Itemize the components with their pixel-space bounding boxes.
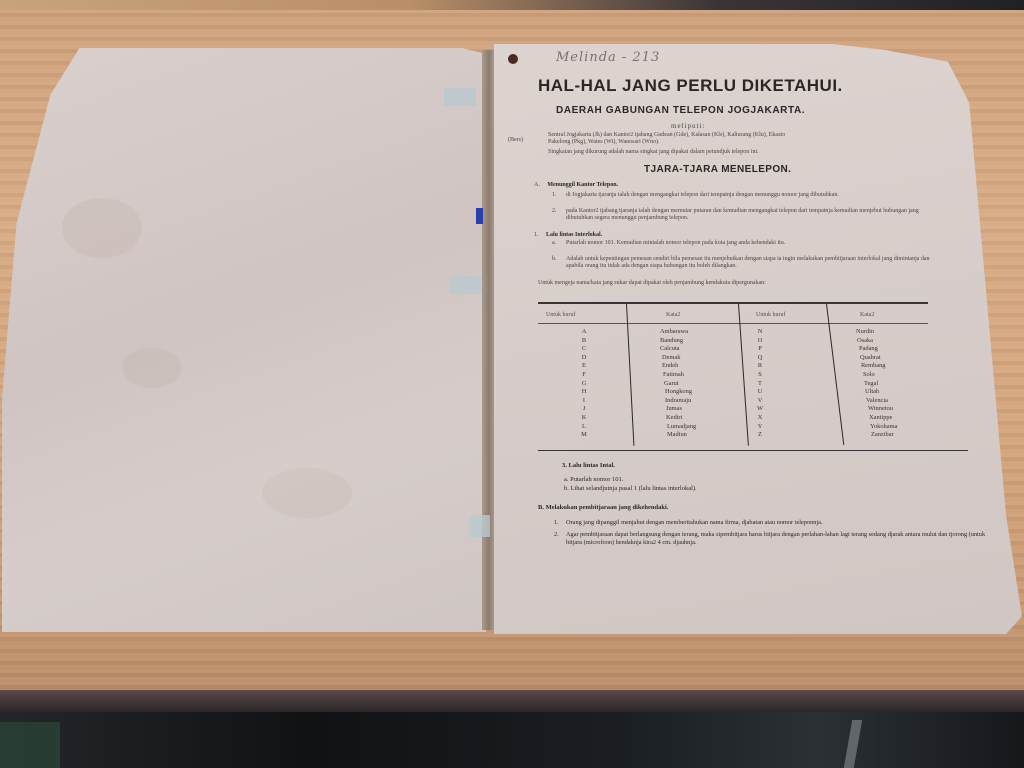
letter: K [574, 414, 594, 423]
word: Calcuta [660, 345, 696, 354]
word: Ambarawa [660, 328, 696, 337]
word: Endeh [660, 362, 696, 371]
spelling-note: Untuk mengeja nama/kata jang sukar dapat… [538, 280, 938, 287]
table-bottom-rule [538, 450, 968, 451]
section-1: 1. Lalu lintas Interlokal. [534, 232, 944, 239]
section-1-heading: Lalu lintas Interlokal. [546, 232, 602, 238]
letter: L [574, 423, 594, 432]
letter: E [574, 362, 594, 371]
stain [122, 348, 182, 388]
letter: A [574, 328, 594, 337]
letter: J [574, 405, 594, 414]
intro-line: Singkatan jang dikurung adalah nama sing… [534, 149, 914, 156]
under-table-area [0, 712, 1024, 768]
word: Zanzibar [856, 431, 897, 440]
section-3: 3. Lalu lintas Intal. a. Putarlah nomor … [562, 461, 697, 494]
letter: F [574, 371, 594, 380]
letter: C [574, 345, 594, 354]
left-page-blank [2, 48, 486, 632]
word: Xantippe [856, 414, 897, 423]
photo-scene: Melinda - 213 HAL-HAL JANG PERLU DIKETAH… [0, 0, 1024, 768]
column-divider [738, 304, 749, 446]
letter: D [574, 354, 594, 363]
word: Ultah [856, 388, 897, 397]
letter: Z [750, 431, 770, 440]
intro-block: (Bers) Sentral Jogjakarta (Jk) dan Kanto… [534, 132, 914, 156]
header-rule [538, 323, 928, 324]
section-3-item: a. Putarlah nomor 101. [562, 475, 697, 485]
letter: R [750, 362, 770, 371]
page-content: Melinda - 213 HAL-HAL JANG PERLU DIKETAH… [494, 44, 1022, 634]
word: Madiun [660, 431, 696, 440]
section-b-item: 2. Agar pembitjaraan dapat berlangsung d… [566, 531, 996, 547]
metal-glint [844, 720, 862, 768]
word: Bandung [660, 337, 696, 346]
word: Rembang [856, 362, 897, 371]
page-title: HAL-HAL JANG PERLU DIKETAHUI. [538, 76, 843, 96]
col-header: Untuk huruf [756, 312, 786, 318]
section-a: A. Menunggil Kantor Telepon. [534, 182, 944, 189]
letter: O [750, 337, 770, 346]
section-a-item: 1. di Jogjakarta tjaranja ialah dengan m… [566, 192, 926, 199]
letters-left: A B C D E F G H I J K L M [574, 328, 594, 440]
words-left: Ambarawa Bandung Calcuta Demak Endeh Fat… [660, 328, 696, 440]
letter: G [574, 380, 594, 389]
letter: V [750, 397, 770, 406]
word: Demak [660, 354, 696, 363]
letter: Y [750, 423, 770, 432]
item-number: 1. [554, 519, 559, 527]
item-text: Agar pembitjaraan dapat berlangsung deng… [566, 531, 985, 546]
word: Quahrat [856, 354, 897, 363]
word: Winnetou [856, 405, 897, 414]
letter: T [750, 380, 770, 389]
section-1-label: 1. [534, 232, 539, 238]
tape-piece [450, 276, 482, 294]
item-number: b. [552, 256, 557, 263]
word: Padang [856, 345, 897, 354]
handwritten-note: Melinda - 213 [556, 50, 660, 65]
section-1-item: b. Adalah untuk kepentingan pemesan send… [566, 256, 936, 270]
blue-ink-mark [476, 208, 483, 224]
right-page-printed: Melinda - 213 HAL-HAL JANG PERLU DIKETAH… [494, 44, 1022, 634]
section-b-item: 1. Orang jang dipanggil menjahut dengan … [566, 519, 996, 527]
word: Jumas [660, 405, 696, 414]
book-spine [482, 50, 496, 630]
letter: I [574, 397, 594, 406]
letter: Q [750, 354, 770, 363]
item-text: di Jogjakarta tjaranja ialah dengan meng… [566, 192, 839, 198]
section-3-heading: 3. Lalu lintas Intal. [562, 461, 697, 471]
word: Hongkong [660, 388, 696, 397]
item-number: 2. [552, 208, 557, 215]
item-number: 2. [554, 531, 559, 539]
section-3-item: b. Lihat selandjutnja pasal 1 (lalu lint… [562, 484, 697, 494]
section-a-label: A. [534, 182, 540, 188]
page-subtitle: DAERAH GABUNGAN TELEPON JOGJAKARTA. [556, 105, 805, 116]
green-object [0, 722, 60, 768]
word: Tegal [856, 380, 897, 389]
tape-piece [444, 88, 476, 106]
section-b-heading: B. Melakukan pembitjaraan jang dikehenda… [538, 504, 668, 511]
letters-right: N O P Q R S T U V W X Y Z [750, 328, 770, 440]
section-title: TJARA-TJARA MENELEPON. [644, 164, 791, 175]
intro-line: Sentral Jogjakarta (Jk) dan Kantor2 tjab… [534, 132, 914, 139]
intro-label: (Bers) [508, 137, 523, 144]
word: Nurdin [856, 328, 897, 337]
letter: U [750, 388, 770, 397]
column-divider [626, 304, 634, 446]
section-a-heading: Menunggil Kantor Telepon. [547, 182, 618, 188]
word: Valencia [856, 397, 897, 406]
section-a-item: 2. pada Kantor2 tjabang tjaranja ialah d… [566, 208, 926, 222]
meliputi-label: meliputi: [671, 122, 705, 130]
table-top-rule [538, 302, 928, 304]
letter: P [750, 345, 770, 354]
word: Fatimah [660, 371, 696, 380]
table-edge [0, 690, 1024, 712]
word: Garut [660, 380, 696, 389]
word: Solo [856, 371, 897, 380]
section-1-item: a. Putarlah nomor 101. Kemudian mintalah… [566, 240, 936, 247]
item-text: Orang jang dipanggil menjahut dengan mem… [566, 519, 823, 526]
letter: S [750, 371, 770, 380]
word: Yokohama [856, 423, 897, 432]
intro-line: Pakelong (Pkg), Wates (Wt), Wanosari (Wn… [534, 139, 914, 146]
col-header: Untuk huruf [546, 312, 576, 318]
col-header: Kata2 [860, 312, 874, 318]
stain [62, 198, 142, 258]
item-number: a. [552, 240, 556, 247]
word: Lumadjang [660, 423, 696, 432]
item-text: Putarlah nomor 101. Kemudian mintalah no… [566, 240, 785, 246]
stain [262, 468, 352, 518]
section-b-items: 1. Orang jang dipanggil menjahut dengan … [566, 519, 996, 547]
col-header: Kata2 [666, 312, 680, 318]
word: Kediri [660, 414, 696, 423]
word: Osaka [856, 337, 897, 346]
column-divider [826, 304, 844, 445]
letter: H [574, 388, 594, 397]
letter: W [750, 405, 770, 414]
tape-piece [470, 515, 490, 537]
letter: B [574, 337, 594, 346]
letter: X [750, 414, 770, 423]
letter: N [750, 328, 770, 337]
item-text: Adalah untuk kepentingan pemesan sendiri… [566, 256, 930, 269]
item-number: 1. [552, 192, 557, 199]
item-text: pada Kantor2 tjabang tjaranja ialah deng… [566, 208, 919, 221]
word: Indramaju [660, 397, 696, 406]
letter: M [574, 431, 594, 440]
words-right: Nurdin Osaka Padang Quahrat Rembang Solo… [856, 328, 897, 440]
